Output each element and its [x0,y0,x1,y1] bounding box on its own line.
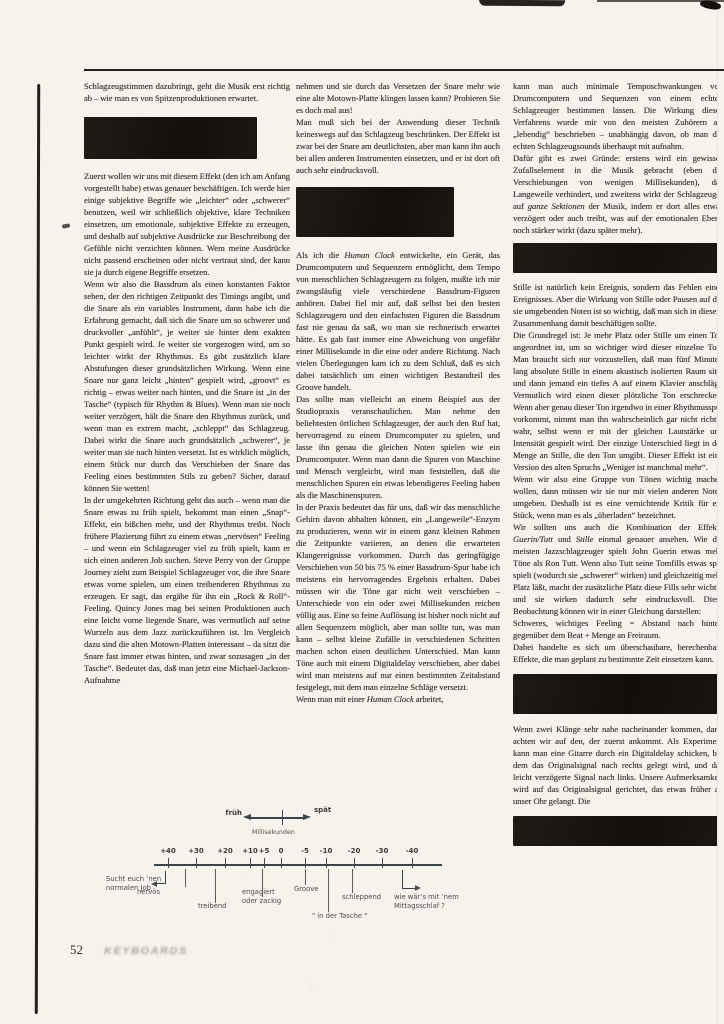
late-label: spät [314,806,331,814]
job-arrow [165,871,166,884]
tick-mark [382,858,383,868]
stem-dragging [352,869,353,893]
tick-label: +30 [188,847,204,855]
tick-mark [281,858,282,868]
stem-groove [305,869,306,885]
scan-mark [62,223,70,228]
diagram-label-groove: Groove [294,885,318,894]
redacted-heading [513,243,723,273]
redacted-heading [513,816,723,846]
paragraph: In der umgekehrten Richtung geht das auc… [84,494,290,686]
magazine-logo: KEYBOARDS [104,945,188,956]
redacted-heading [513,674,723,714]
paragraph: Schlagzeugstimmen dazubringt, geht die M… [84,80,290,104]
tick-mark [326,858,327,868]
paragraph: Das sollte man vielleicht an einem Beisp… [296,393,500,501]
tick-label: -10 [320,847,333,855]
paragraph: Wenn zwei Klänge sehr nahe nacheinander … [513,723,723,807]
paragraph: nehmen und sie durch das Versetzen der S… [296,80,500,116]
tick-mark [354,858,355,868]
paragraph: Wir sollten uns auch die Kombination der… [513,521,723,617]
paragraph: Wenn man mit einer Human Clock arbeitet, [296,693,500,705]
tick-label: +10 [242,847,258,855]
tick-mark [196,858,197,868]
paragraph: Wenn wir also die Bassdrum als einen kon… [84,278,290,494]
paragraph: Wenn wir also eine Gruppe von Tönen wich… [513,473,723,521]
direction-axis [251,817,303,819]
paragraph: Als ich die Human Clock entwickelte, ein… [296,249,500,393]
job-arrowhead-icon [151,881,157,887]
column-1: Schlagzeugstimmen dazubringt, geht die M… [84,80,290,686]
tick-mark [264,858,265,868]
paragraph: Stille ist natürlich kein Ereignis, sond… [513,281,723,329]
diagram-label-dragging: schleppend [342,893,381,902]
tick-mark [305,858,306,868]
stem-engaged [262,869,263,897]
magazine-page: Schlagzeugstimmen dazubringt, geht die M… [0,0,724,1024]
paper-speckles [0,0,2,2]
diagram-label-nervous: nervös [137,888,160,897]
paragraph: Schweres, wichtiges Feeling = Abstand na… [513,617,723,641]
nap-arrowhead-icon [415,885,421,891]
millisecond-axis [154,864,442,866]
left-arrow-icon [243,814,251,820]
scan-smudge [479,0,565,6]
diagram-label-job: Sucht euch ’nen normalen Job [106,875,164,892]
tick-label: -5 [301,847,309,855]
column-3: kann man auch minimale Temposchwankungen… [513,80,723,846]
page-number: 52 [70,942,83,958]
nap-arrow [402,888,416,889]
stem-pocket [328,869,329,912]
diagram-label-nap: wie wär’s mit ’nem Mittagsschlaf ? [394,893,468,910]
paragraph: Die Grundregel ist: Je mehr Platz oder S… [513,329,723,473]
paragraph: kann man auch minimale Temposchwankungen… [513,80,723,152]
tick-mark [225,858,226,868]
paragraph: Dafür gibt es zwei Gründe: erstens wird … [513,152,723,236]
right-arrow-icon [303,814,311,820]
axis-center-tick [282,810,283,825]
top-rule [84,69,724,71]
redacted-heading [84,117,257,159]
paragraph: Zuerst wollen wir uns mit diesem Effekt … [84,170,290,278]
stem-nervous [185,869,186,887]
tick-label: +20 [217,847,233,855]
diagram-label-pocket: " in der Tasche " [312,912,367,921]
diagram-label-engaged: engagiert oder zackig [242,888,290,905]
tick-label: +5 [259,847,270,855]
paragraph: Man muß sich bei der Anwendung dieser Te… [296,116,500,176]
early-label: früh [218,809,242,817]
paragraph: In der Praxis bedeutet das für uns, daß … [296,501,500,693]
nap-arrow [402,870,403,889]
tick-label: -20 [348,847,361,855]
paragraph: Dabei handelte es sich um überschaubare,… [513,641,723,665]
stem-driving [215,869,216,903]
redacted-heading [296,187,454,237]
scan-crop-strip [717,0,724,1024]
tick-mark [412,858,413,868]
tick-label: 0 [279,847,284,855]
unit-label: Millisekunden [252,829,295,836]
tick-label: +40 [160,847,176,855]
diagram-label-driving: treibend [198,902,227,911]
tick-mark [250,858,251,868]
tick-label: -40 [406,847,419,855]
scan-edge-line [35,84,40,1014]
tick-label: -30 [376,847,389,855]
tick-mark [168,858,169,868]
column-2: nehmen und sie durch das Versetzen der S… [296,80,500,705]
job-arrow [157,883,166,884]
